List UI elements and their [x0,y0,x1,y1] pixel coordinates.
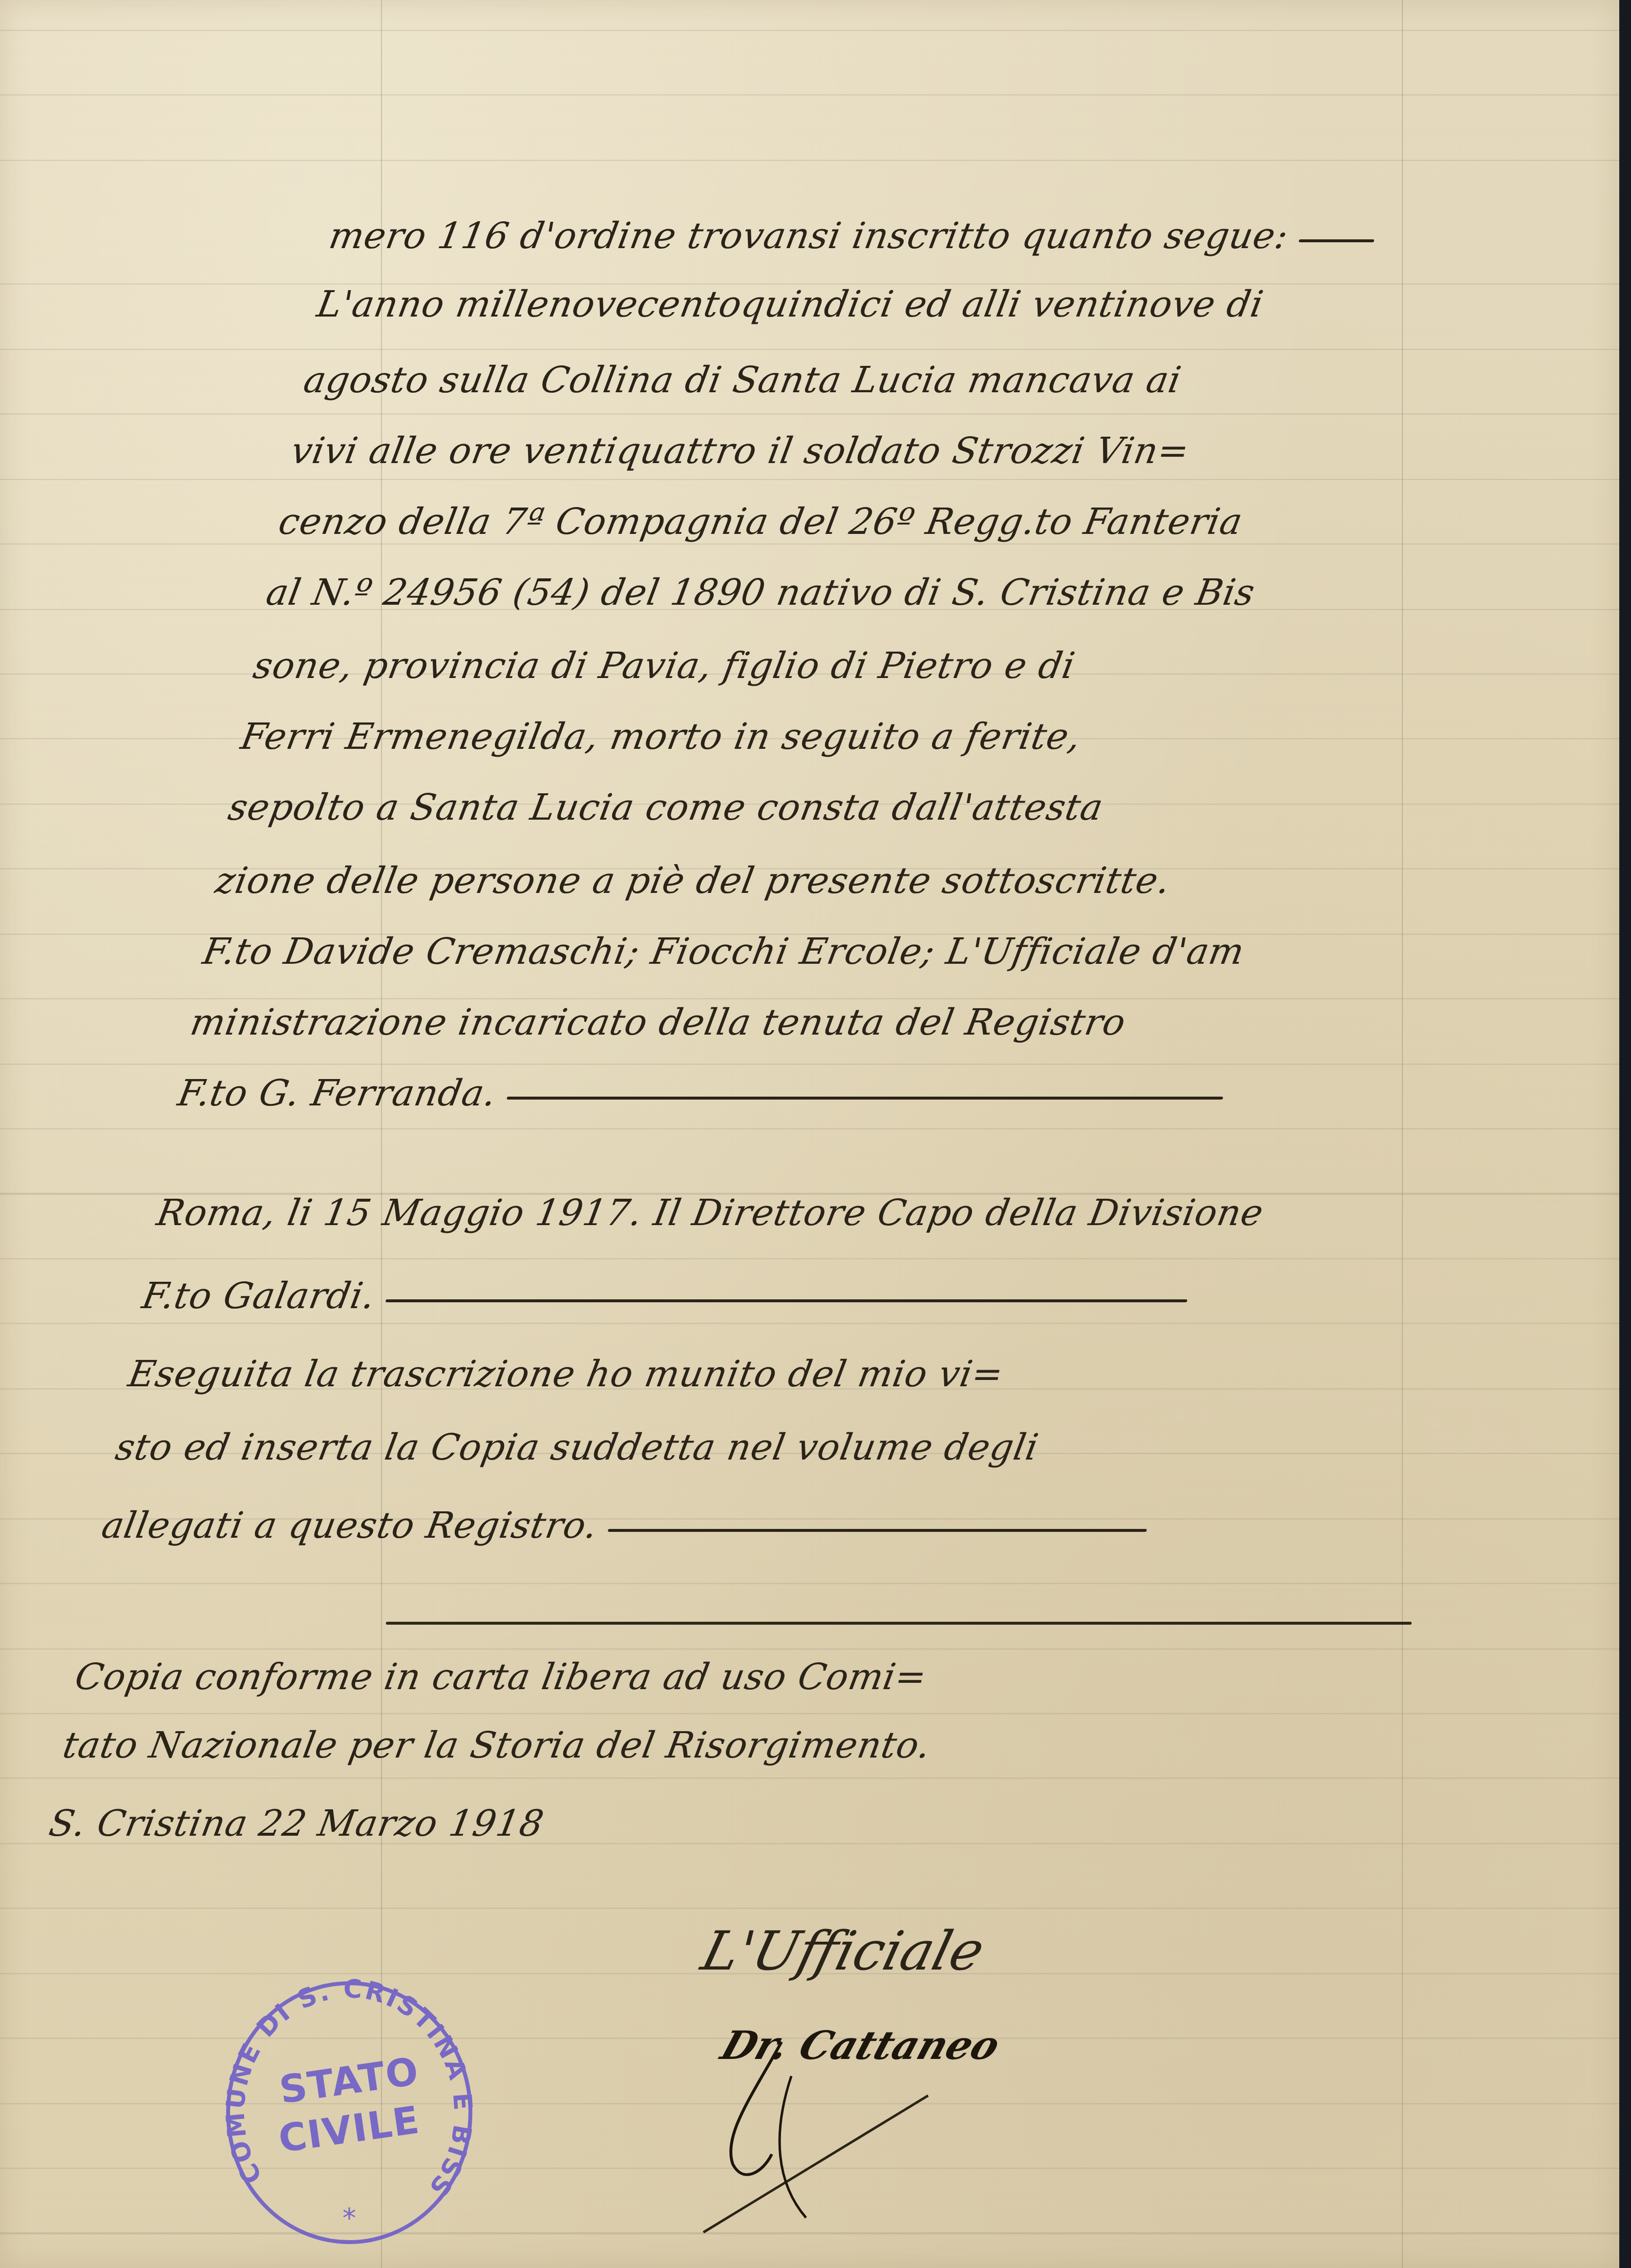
line-filler-dash [1298,239,1374,242]
transcription-note-line: sto ed inserta la Copia suddetta nel vol… [112,1426,1165,1468]
section-divider [386,1622,1412,1625]
body-line: L'anno millenovecentoquindici ed alli ve… [314,283,1367,325]
certification-line: tato Nazionale per la Storia del Risorgi… [60,1724,1112,1766]
body-line: al N.º 24956 (54) del 1890 nativo di S. … [263,572,1316,614]
left-margin-line [381,0,382,2268]
official-stamp: COMUNE DI S. CRISTINA E BISSONE * STATO … [222,1976,476,2249]
document-page: mero 116 d'ordine trovansi inscritto qua… [0,0,1619,2268]
body-line: vivi alle ore ventiquattro il soldato St… [288,430,1341,472]
body-line: Roma, li 15 Maggio 1917. Il Direttore Ca… [154,1192,1207,1234]
body-line: ministrazione incaricato della tenuta de… [187,1001,1240,1043]
certification-date: S. Cristina 22 Marzo 1918 [46,1802,1099,1844]
line-filler-dash [385,1299,1187,1302]
body-line: F.to Galardi. [139,1275,1192,1317]
stamp-star-icon: * [342,2203,356,2234]
body-line: mero 116 d'ordine trovansi inscritto qua… [326,215,1378,257]
body-line: sone, provincia di Pavia, figlio di Piet… [250,645,1303,687]
body-line: Ferri Ermenegilda, morto in seguito a fe… [238,716,1291,758]
body-line: sepolto a Santa Lucia come consta dall'a… [225,786,1278,828]
line-filler-dash [507,1097,1223,1100]
body-line: cenzo della 7ª Compagnia del 26º Regg.to… [275,501,1328,543]
body-line: F.to G. Ferranda. [175,1072,1228,1114]
transcription-note-line: allegati a questo Registro. [99,1505,1151,1547]
certification-line: Copia conforme in carta libera ad uso Co… [72,1656,1124,1698]
signature-flourish-icon [694,2037,1036,2242]
body-line: zione delle persone a piè del presente s… [212,860,1265,902]
signature-title: L'Ufficiale [696,1920,991,1982]
transcription-note-line: Eseguita la trascrizione ho munito del m… [125,1353,1178,1395]
body-line: F.to Davide Cremaschi; Fiocchi Ercole; L… [200,931,1252,973]
body-line: agosto sulla Collina di Santa Lucia manc… [300,359,1353,401]
scan-border [1619,0,1631,2268]
line-filler-dash [608,1529,1147,1532]
right-margin-line [1402,0,1403,2268]
